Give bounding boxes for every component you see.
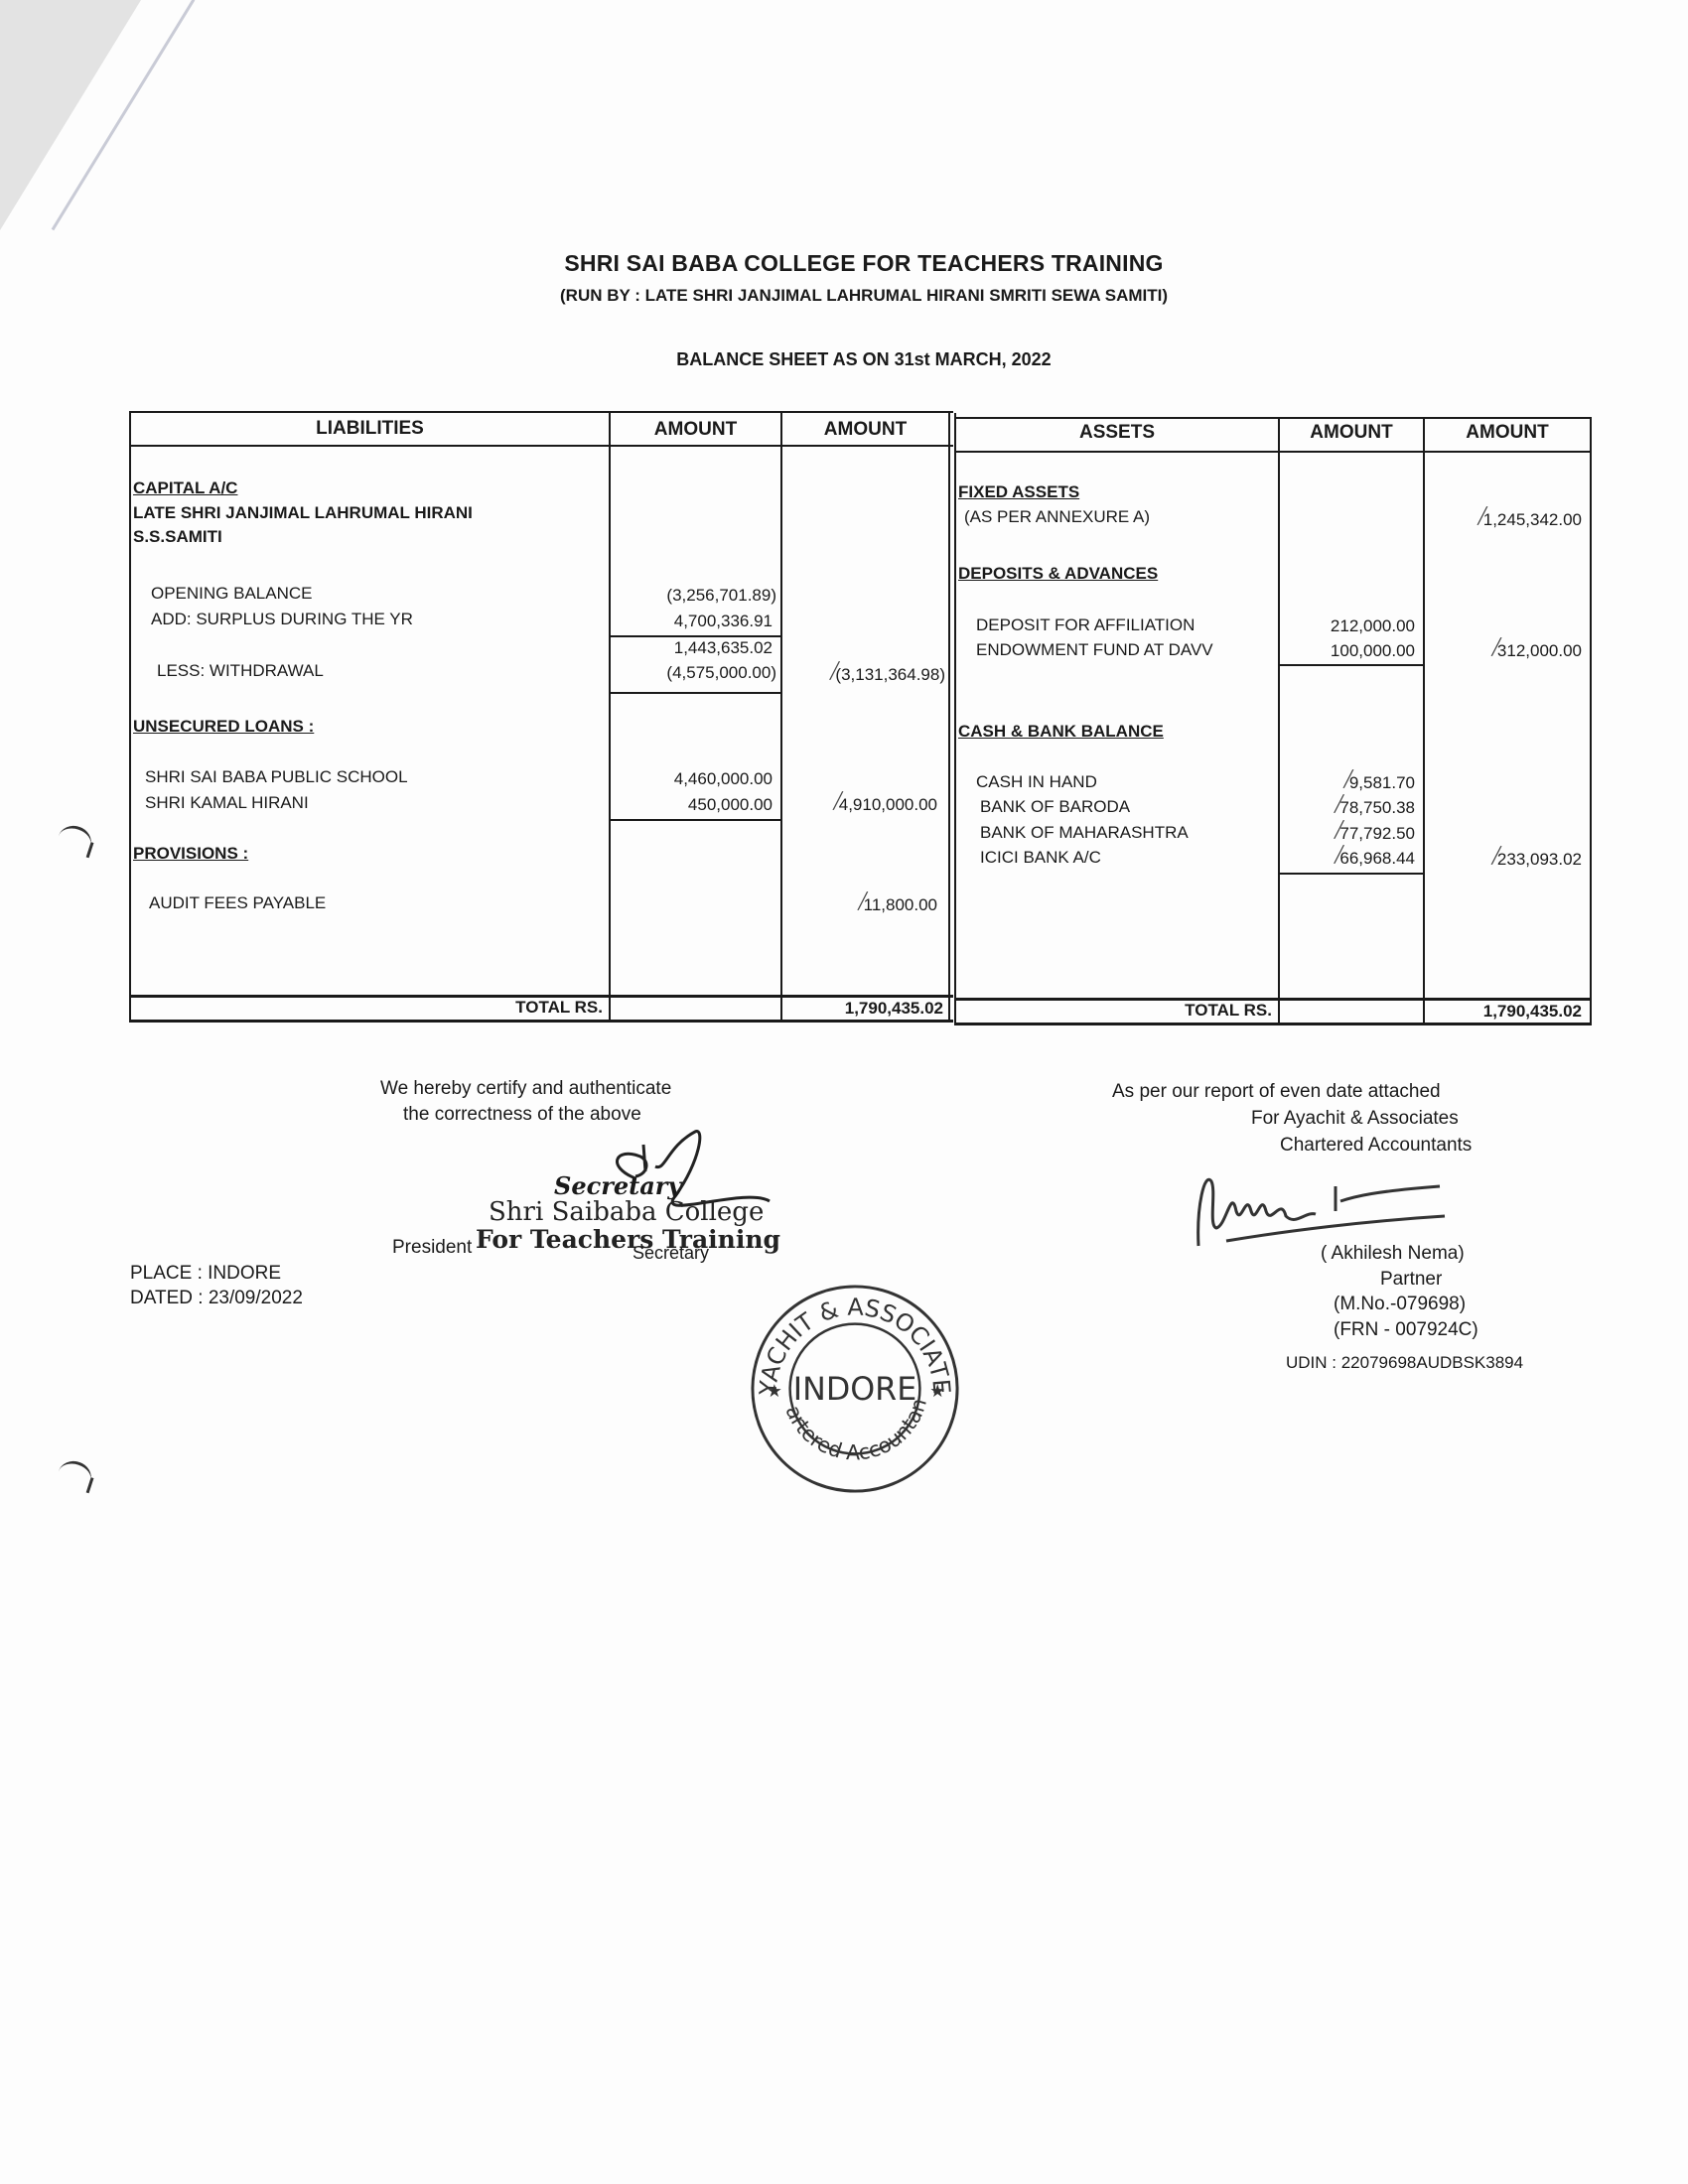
seal-center-text: INDORE bbox=[793, 1372, 916, 1408]
certify-line: the correctness of the above bbox=[403, 1104, 641, 1126]
subtotal-line bbox=[1279, 873, 1424, 875]
header-amount: AMOUNT bbox=[1280, 422, 1423, 444]
unsecured-loans-heading: UNSECURED LOANS : bbox=[133, 717, 314, 737]
frn-number: (FRN - 007924C) bbox=[1334, 1319, 1478, 1341]
document-subtitle: (RUN BY : LATE SHRI JANJIMAL LAHRUMAL HI… bbox=[0, 286, 1688, 306]
deposit-amount: 100,000.00 bbox=[1280, 641, 1415, 661]
capital-subtotal: 1,443,635.02 bbox=[610, 638, 773, 658]
table-border-bottom bbox=[954, 1023, 1592, 1025]
header-liabilities: LIABILITIES bbox=[131, 418, 609, 440]
assets-total-label: TOTAL RS. bbox=[956, 1001, 1272, 1021]
subtotal-line bbox=[610, 692, 781, 694]
loan-label: SHRI SAI BABA PUBLIC SCHOOL bbox=[145, 767, 408, 787]
center-double-line bbox=[948, 411, 950, 1022]
cash-bank-amount: 78,750.38 bbox=[1280, 798, 1415, 818]
assets-total: 1,790,435.02 bbox=[1425, 1002, 1582, 1022]
table-border-top bbox=[954, 417, 1592, 419]
deposits-total: 312,000.00 bbox=[1425, 641, 1582, 661]
deposits-heading: DEPOSITS & ADVANCES bbox=[958, 564, 1158, 584]
cash-bank-amount: 77,792.50 bbox=[1280, 824, 1415, 844]
header-amount: AMOUNT bbox=[611, 419, 780, 441]
column-divider bbox=[1278, 417, 1280, 1024]
seal-star-icon: ★ bbox=[929, 1381, 945, 1401]
provision-label: AUDIT FEES PAYABLE bbox=[149, 893, 326, 913]
withdrawal-value: (4,575,000.00) bbox=[610, 663, 776, 683]
auditor-report-line: As per our report of even date attached bbox=[1112, 1081, 1441, 1103]
deposit-amount: 212,000.00 bbox=[1280, 616, 1415, 636]
subtotal-line bbox=[610, 819, 781, 821]
deposit-label: DEPOSIT FOR AFFILIATION bbox=[976, 615, 1195, 635]
header-divider bbox=[129, 445, 953, 447]
auditor-designation: Chartered Accountants bbox=[1280, 1135, 1472, 1157]
auditor-seal: AYACHIT & ASSOCIATES Chartered Accountan… bbox=[747, 1281, 963, 1497]
cash-bank-label: CASH IN HAND bbox=[976, 772, 1097, 792]
table-border-bottom bbox=[129, 1020, 953, 1023]
college-stamp-line: Shri Saibaba College bbox=[489, 1197, 764, 1227]
subtotal-line bbox=[610, 635, 781, 637]
balance-sheet-title: BALANCE SHEET AS ON 31st MARCH, 2022 bbox=[0, 349, 1688, 370]
capital-total: (3,131,364.98) bbox=[782, 665, 945, 685]
punch-hole-mark bbox=[54, 1457, 95, 1497]
provisions-heading: PROVISIONS : bbox=[133, 844, 248, 864]
punch-hole-mark bbox=[54, 822, 95, 862]
capital-name: S.S.SAMITI bbox=[133, 527, 222, 547]
membership-number: (M.No.-079698) bbox=[1334, 1294, 1466, 1315]
college-stamp-line: For Teachers Training bbox=[476, 1225, 780, 1254]
cash-bank-label: ICICI BANK A/C bbox=[980, 848, 1101, 868]
table-border-right bbox=[1590, 417, 1592, 1024]
loan-amount: 450,000.00 bbox=[610, 795, 773, 815]
partner-name: ( Akhilesh Nema) bbox=[1321, 1243, 1465, 1265]
cash-bank-total: 233,093.02 bbox=[1425, 850, 1582, 870]
table-border-left bbox=[129, 411, 131, 1022]
capital-name: LATE SHRI JANJIMAL LAHRUMAL HIRANI bbox=[133, 503, 473, 523]
withdrawal-label: LESS: WITHDRAWAL bbox=[157, 661, 324, 681]
fixed-assets-sub: (AS PER ANNEXURE A) bbox=[964, 507, 1150, 527]
fixed-assets-total: 1,245,342.00 bbox=[1425, 510, 1582, 530]
header-assets: ASSETS bbox=[956, 422, 1278, 444]
cash-bank-label: BANK OF BARODA bbox=[980, 797, 1130, 817]
opening-balance-label: OPENING BALANCE bbox=[151, 584, 313, 604]
header-divider bbox=[954, 451, 1592, 453]
loan-amount: 4,460,000.00 bbox=[610, 769, 773, 789]
column-divider bbox=[1423, 417, 1425, 1024]
subtotal-line bbox=[1279, 664, 1424, 666]
auditor-firm: For Ayachit & Associates bbox=[1251, 1108, 1459, 1130]
liabilities-total-label: TOTAL RS. bbox=[131, 998, 603, 1018]
seal-star-icon: ★ bbox=[767, 1381, 782, 1401]
header-amount: AMOUNT bbox=[782, 419, 948, 441]
liabilities-total: 1,790,435.02 bbox=[782, 999, 943, 1019]
capital-heading: CAPITAL A/C bbox=[133, 478, 237, 498]
surplus-value: 4,700,336.91 bbox=[610, 612, 773, 631]
column-divider bbox=[780, 411, 782, 1022]
document-title: SHRI SAI BABA COLLEGE FOR TEACHERS TRAIN… bbox=[0, 250, 1688, 277]
partner-role: Partner bbox=[1380, 1269, 1442, 1291]
loan-label: SHRI KAMAL HIRANI bbox=[145, 793, 309, 813]
header-amount: AMOUNT bbox=[1425, 422, 1590, 444]
fixed-assets-heading: FIXED ASSETS bbox=[958, 482, 1079, 502]
cash-bank-heading: CASH & BANK BALANCE bbox=[958, 722, 1164, 742]
deposit-label: ENDOWMENT FUND AT DAVV bbox=[976, 640, 1213, 660]
dated-label: DATED : 23/09/2022 bbox=[130, 1288, 303, 1309]
secretary-label: Secretary bbox=[633, 1243, 709, 1264]
cash-bank-amount: 9,581.70 bbox=[1280, 773, 1415, 793]
cash-bank-label: BANK OF MAHARASHTRA bbox=[980, 823, 1189, 843]
certify-line: We hereby certify and authenticate bbox=[380, 1078, 671, 1100]
unsecured-loans-total: 4,910,000.00 bbox=[782, 795, 937, 815]
opening-balance-value: (3,256,701.89) bbox=[610, 586, 776, 606]
udin-number: UDIN : 22079698AUDBSK3894 bbox=[1286, 1353, 1523, 1373]
handwritten-secretary: Secretary bbox=[554, 1171, 681, 1200]
column-divider bbox=[609, 411, 611, 1022]
cash-bank-amount: 66,968.44 bbox=[1280, 849, 1415, 869]
provision-amount: 11,800.00 bbox=[782, 895, 937, 915]
table-border-top bbox=[129, 411, 953, 413]
surplus-label: ADD: SURPLUS DURING THE YR bbox=[151, 610, 413, 629]
president-label: President bbox=[392, 1237, 472, 1259]
place-label: PLACE : INDORE bbox=[130, 1263, 281, 1285]
center-double-line bbox=[954, 413, 956, 1024]
